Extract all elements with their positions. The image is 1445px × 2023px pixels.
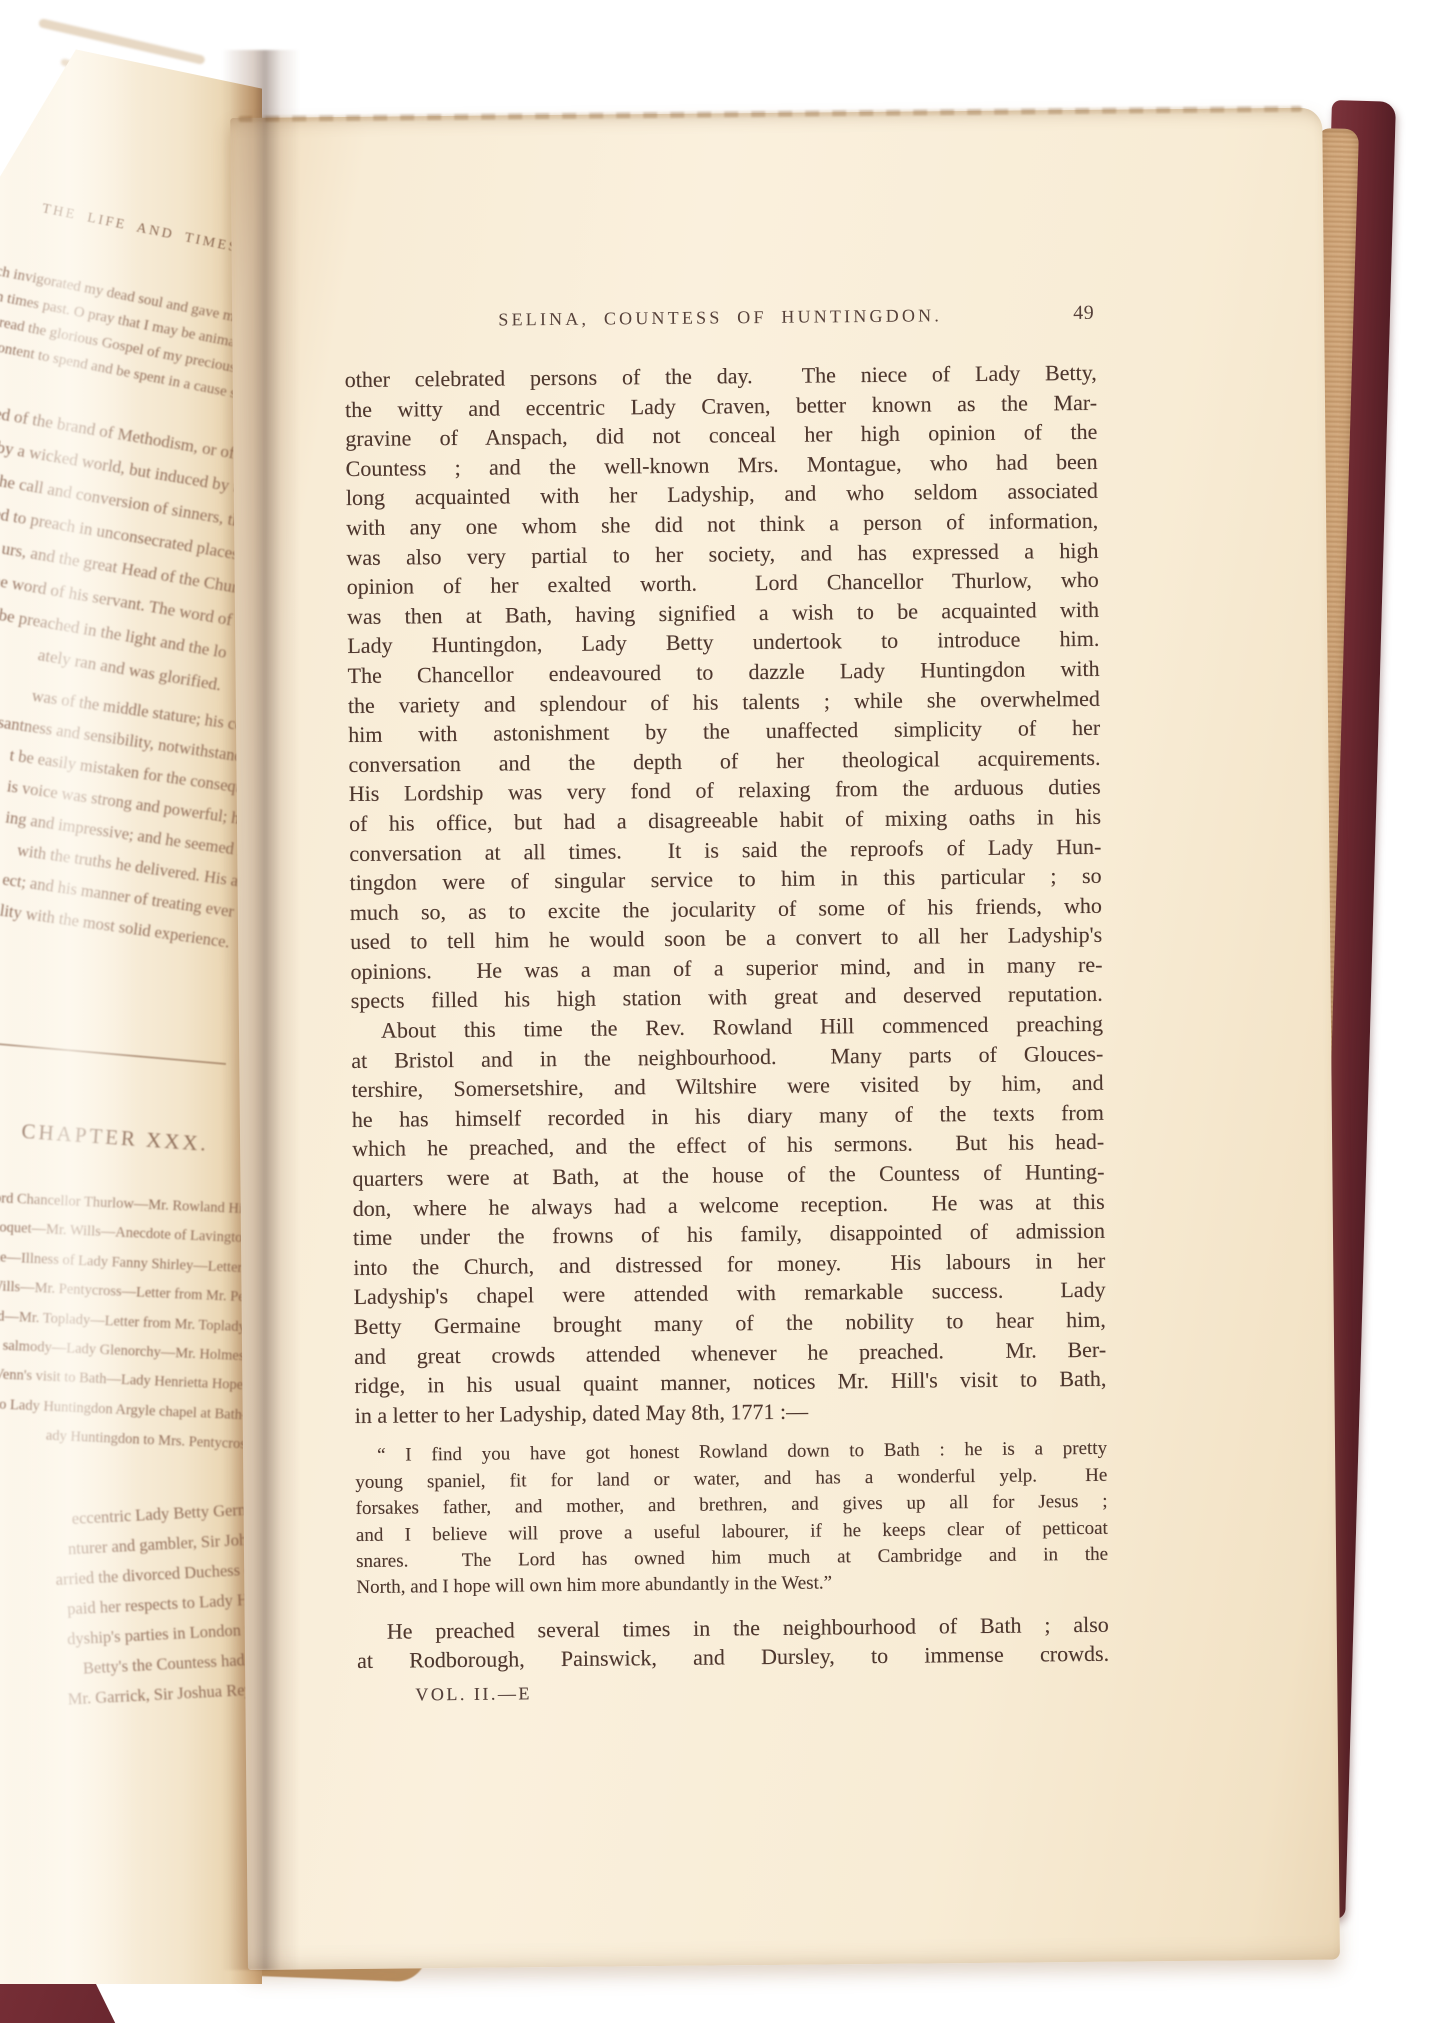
body-line: in a letter to her Ladyship, dated May 8… <box>355 1394 1107 1431</box>
volume-signature: VOL. II.—E <box>415 1678 1109 1706</box>
right-page-content: SELINA, COUNTESS OF HUNTINGDON. 49 other… <box>342 110 1109 1706</box>
left-paragraph: was of the middle stature; his counasant… <box>0 640 262 958</box>
page-number: 49 <box>1073 302 1094 325</box>
right-page: SELINA, COUNTESS OF HUNTINGDON. 49 other… <box>230 108 1340 1970</box>
paragraph: About this time the Rev. Rowland Hill co… <box>351 1009 1107 1431</box>
running-header: SELINA, COUNTESS OF HUNTINGDON. <box>498 305 942 329</box>
left-paragraph: med of the brand of Methodism, or of the… <box>0 355 262 701</box>
left-page: THE LIFE AND TIMES OF , which invigorate… <box>0 28 262 1984</box>
block-quote: “ I find you have got honest Rowland dow… <box>355 1436 1108 1602</box>
book-photo-canvas: { "colors": { "paper": "#f8ecd6", "cover… <box>0 0 1445 2023</box>
paragraph: He preached several times in the neighbo… <box>357 1610 1110 1676</box>
section-rule <box>0 1037 226 1065</box>
left-paragraph: eccentric Lady Betty Germaine, winturer … <box>0 1492 262 1729</box>
body-line: at Rodborough, Painswick, and Dursley, t… <box>357 1639 1109 1676</box>
chapter-heading: CHAPTER XXX. <box>21 1119 210 1157</box>
paragraph: other celebrated persons of the day. The… <box>345 358 1103 1016</box>
left-running-header: THE LIFE AND TIMES OF <box>41 201 262 263</box>
running-header-row: SELINA, COUNTESS OF HUNTINGDON. 49 <box>344 304 1096 337</box>
chapter-synopsis: ord Chancellor Thurlow—Mr. Rowland Hill—… <box>0 1173 262 1460</box>
